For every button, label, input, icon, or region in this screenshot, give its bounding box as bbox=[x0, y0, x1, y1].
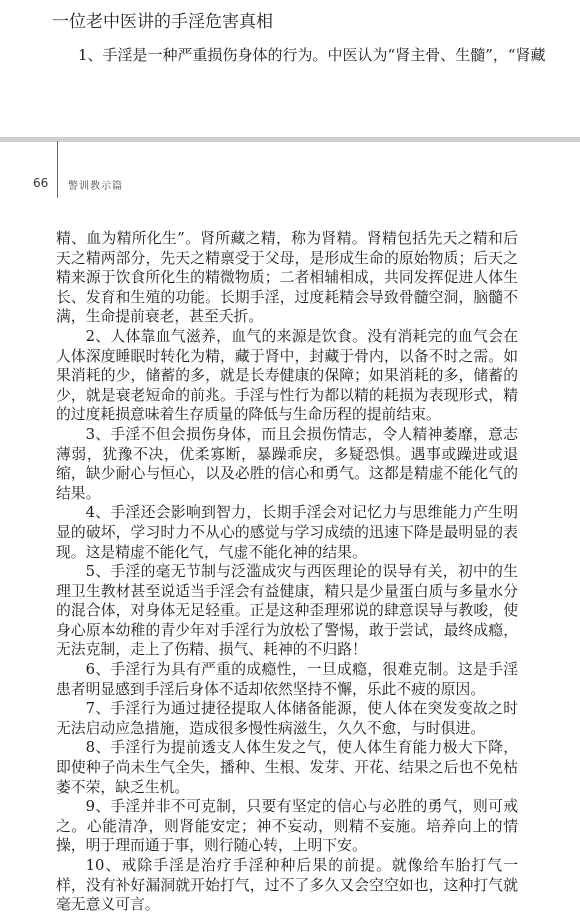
gutter-line bbox=[57, 141, 58, 198]
body-text: 精、血为精所化生”。肾所藏之精，称为肾精。肾精包括先天之精和后天之精两部分，先天… bbox=[56, 229, 518, 914]
document-title: 一位老中医讲的手淫危害真相 bbox=[52, 11, 273, 33]
paragraph-5: 5、手淫的毫无节制与泛滥成灾与西医理论的误导有关，初中的生理卫生教材甚至说适当手… bbox=[56, 562, 518, 660]
page-divider bbox=[0, 137, 580, 142]
paragraph-4: 4、手淫还会影响到智力，长期手淫会对记忆力与思维能力产生明显的破坏，学习时力不从… bbox=[56, 503, 518, 562]
paragraph-8: 8、手淫行为提前透支人体生发之气，使人体生育能力极大下降，即使种子尚未生气全失，… bbox=[56, 738, 518, 797]
running-head: 警训教示篇 bbox=[68, 177, 123, 192]
paragraph-3: 3、手淫不但会损伤身体，而且会损伤情志，令人精神萎靡，意志薄弱，犹豫不决，优柔寡… bbox=[56, 425, 518, 503]
paragraph-2: 2、人体靠血气滋养，血气的来源是饮食。没有消耗完的血气会在人体深度睡眠时转化为精… bbox=[56, 327, 518, 425]
first-paragraph-line: 1、手淫是一种严重损伤身体的行为。中医认为“肾主骨、生髓”，“肾藏 bbox=[78, 45, 546, 65]
paragraph-6: 6、手淫行为具有严重的成瘾性，一旦成瘾，很难克制。这是手淫患者明显感到手淫后身体… bbox=[56, 660, 518, 699]
paragraph-1-continued: 精、血为精所化生”。肾所藏之精，称为肾精。肾精包括先天之精和后天之精两部分，先天… bbox=[56, 229, 518, 327]
page-number: 66 bbox=[33, 176, 48, 190]
paragraph-7: 7、手淫行为通过捷径提取人体储备能源，使人体在突发变故之时无法启动应急措施，造成… bbox=[56, 699, 518, 738]
paragraph-10: 10、戒除手淫是治疗手淫种种后果的前提。就像给车胎打气一样，没有补好漏洞就开始打… bbox=[56, 856, 518, 914]
paragraph-9: 9、手淫并非不可克制，只要有坚定的信心与必胜的勇气，则可戒之。心能清净，则肾能安… bbox=[56, 797, 518, 856]
